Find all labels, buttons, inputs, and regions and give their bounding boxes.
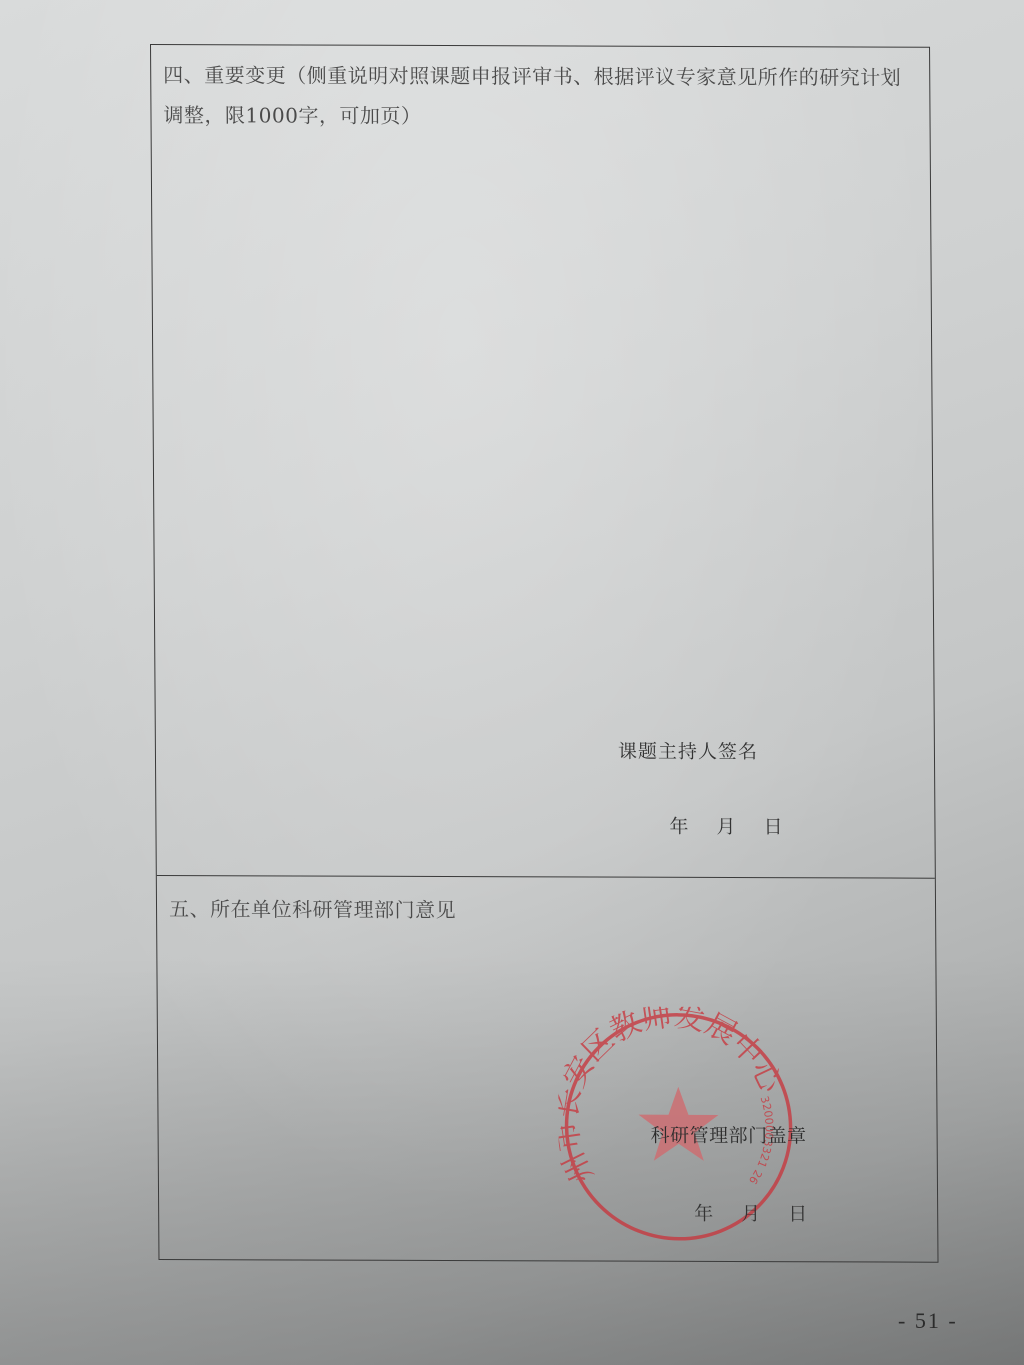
- page-number: - 51 -: [898, 1308, 958, 1334]
- section-dept-opinion: 五、所在单位科研管理部门意见 州市长安区教师发展中心 3200003321 26…: [157, 875, 938, 1262]
- host-signature-label: 课题主持人签名: [618, 737, 758, 764]
- section5-heading: 五、所在单位科研管理部门意见: [169, 889, 919, 932]
- section4-date-label: 年 月 日: [669, 812, 782, 839]
- dept-stamp-label: 科研管理部门盖章: [651, 1121, 807, 1149]
- section4-heading: 四、重要变更（侧重说明对照课题申报评审书、根据评议专家意见所作的研究计划调整，限…: [163, 55, 914, 138]
- seal-ring-text: 州市长安区教师发展中心: [558, 1006, 790, 1189]
- section-important-changes: 四、重要变更（侧重说明对照课题申报评审书、根据评议专家意见所作的研究计划调整，限…: [151, 45, 935, 879]
- form-table: 四、重要变更（侧重说明对照课题申报评审书、根据评议专家意见所作的研究计划调整，限…: [150, 44, 939, 1263]
- section5-date-label: 年 月 日: [694, 1199, 807, 1226]
